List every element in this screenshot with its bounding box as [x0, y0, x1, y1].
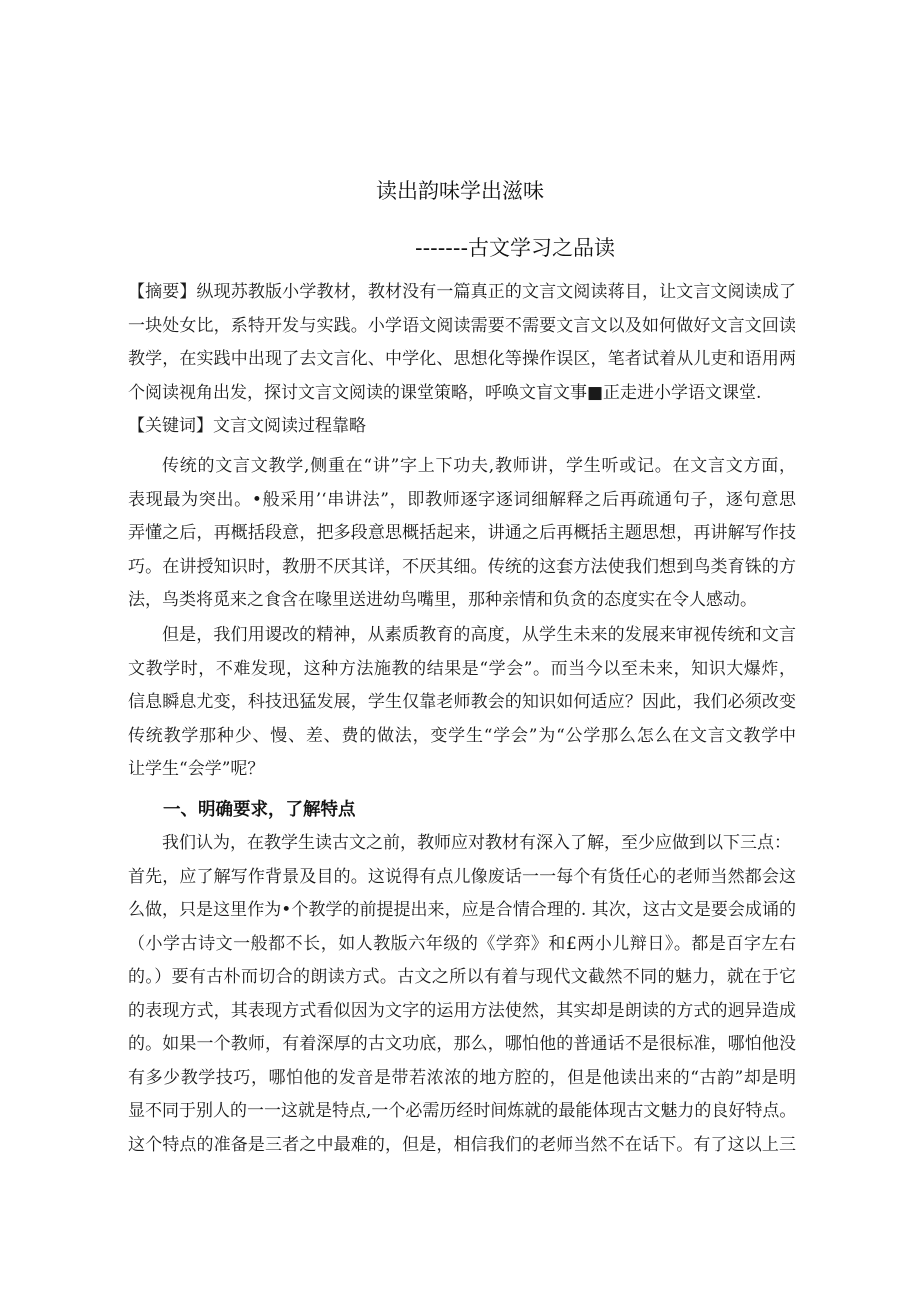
paragraph-1: 传统的文言文教学,侧重在“讲”字上下功夫,教师讲，学生听或记。在文言文方面， 表…: [128, 450, 796, 618]
paragraph-line: 有多少教学技巧，哪怕他的发音是带若浓浓的地方腔的，但是他读出来的“古韵”却是明: [128, 1062, 796, 1096]
paragraph-line: （小学古诗文一般都不长，如人教版六年级的《学弈》和£两小儿辩日》。都是百字左右: [128, 928, 796, 962]
paragraph-line: 弄懂之后，再概括段意，把多段意思概括起来，讲通之后再概括主题思想，再讲解写作技: [128, 517, 796, 551]
paragraph-line: 法，鸟类将觅来之食含在喙里送进幼鸟嘴里，那种亲情和负贪的态度实在令人感动。: [128, 584, 796, 618]
abstract-line: 【摘要】纵现苏教版小学教材，教材没有一篇真正的文言文阅读蒋目，让文言文阅读成了: [128, 276, 796, 310]
abstract-line: 个阅读视角出发，探讨文言文阅读的课堂策略，呼唤文盲文事■正走进小学语文课堂.: [128, 377, 796, 411]
paragraph-line: 信息瞬息尤变，科技迅猛发展，学生仅靠老师教会的知识如何适应？因此，我们必须改变: [128, 686, 796, 720]
paragraph-line: 让学生“会学”呢？: [128, 753, 796, 787]
paragraph-2: 但是，我们用谡改的精神，从素质教育的高度，从学生未来的发展来审视传统和文言 文教…: [128, 619, 796, 787]
paragraph-line: 的。如果一个教师，有着深厚的古文功底，那么，哪怕他的普通话不是很标准，哪怕他没: [128, 1028, 796, 1062]
document-subtitle: -------古文学习之品读: [415, 232, 615, 262]
keywords: 【关键词】文言文阅读过程靠略: [128, 410, 796, 444]
paragraph-line: 这个特点的准备是三者之中最难的，但是，相信我们的老师当然不在话下。有了这以上三: [128, 1129, 796, 1163]
paragraph-line: 巧。在讲授知识时，教册不厌其详，不厌其细。传统的这套方法使我们想到鸟类育铢的方: [128, 551, 796, 585]
document-title: 读出韵味学出滋味: [0, 175, 920, 205]
paragraph-line: 显不同于别人的一一这就是特点,一个必需历经时间炼就的最能体现古文魅力的良好特点。: [128, 1095, 796, 1129]
paragraph-line: 的表现方式，其表现方式看似因为文字的运用方法使然，其实却是朗读的方式的迥异造成: [128, 995, 796, 1029]
abstract-line: 一块处女比，系特开发与实践。小学语文阅读需要不需要文言文以及如何做好文言文回读: [128, 310, 796, 344]
section-heading: 一、明确要求，了解特点: [163, 796, 356, 821]
paragraph-line: 首先，应了解写作背景及目的。这说得有点儿像废话一一每个有货任心的老师当然都会这: [128, 861, 796, 895]
paragraph-line: 的。）要有古朴而切合的朗读方式。古文之所以有着与现代文截然不同的魅力，就在于它: [128, 961, 796, 995]
paragraph-line: 么做，只是这里作为•个教学的前提提出来，应是合情合理的. 其次，这古文是要会成诵…: [128, 894, 796, 928]
abstract: 【摘要】纵现苏教版小学教材，教材没有一篇真正的文言文阅读蒋目，让文言文阅读成了 …: [128, 276, 796, 444]
paragraph-line: 传统的文言文教学,侧重在“讲”字上下功夫,教师讲，学生听或记。在文言文方面，: [128, 450, 796, 484]
abstract-line: 教学，在实践中出现了去文言化、中学化、思想化等操作误区，笔者试着从儿吏和语用两: [128, 343, 796, 377]
paragraph-line: 但是，我们用谡改的精神，从素质教育的高度，从学生未来的发展来审视传统和文言: [128, 619, 796, 653]
paragraph-line: 我们认为，在教学生读古文之前，教师应对教材有深入了解，至少应做到以下三点：: [128, 827, 796, 861]
paragraph-line: 文教学时，不难发现，这种方法施教的结果是“学会”。而当今以至未来，知识大爆炸，: [128, 653, 796, 687]
document-page: 读出韵味学出滋味 -------古文学习之品读 【摘要】纵现苏教版小学教材，教材…: [0, 0, 920, 1301]
paragraph-line: 表现最为突出。•般采用’‘串讲法”，即教师逐字逐词细解释之后再疏通句子，逐句意思: [128, 484, 796, 518]
paragraph-3: 我们认为，在教学生读古文之前，教师应对教材有深入了解，至少应做到以下三点： 首先…: [128, 827, 796, 1162]
paragraph-line: 传统教学那种少、慢、差、费的做法，变学生“学会”为“公学那么怎么在文言文教学中: [128, 720, 796, 754]
